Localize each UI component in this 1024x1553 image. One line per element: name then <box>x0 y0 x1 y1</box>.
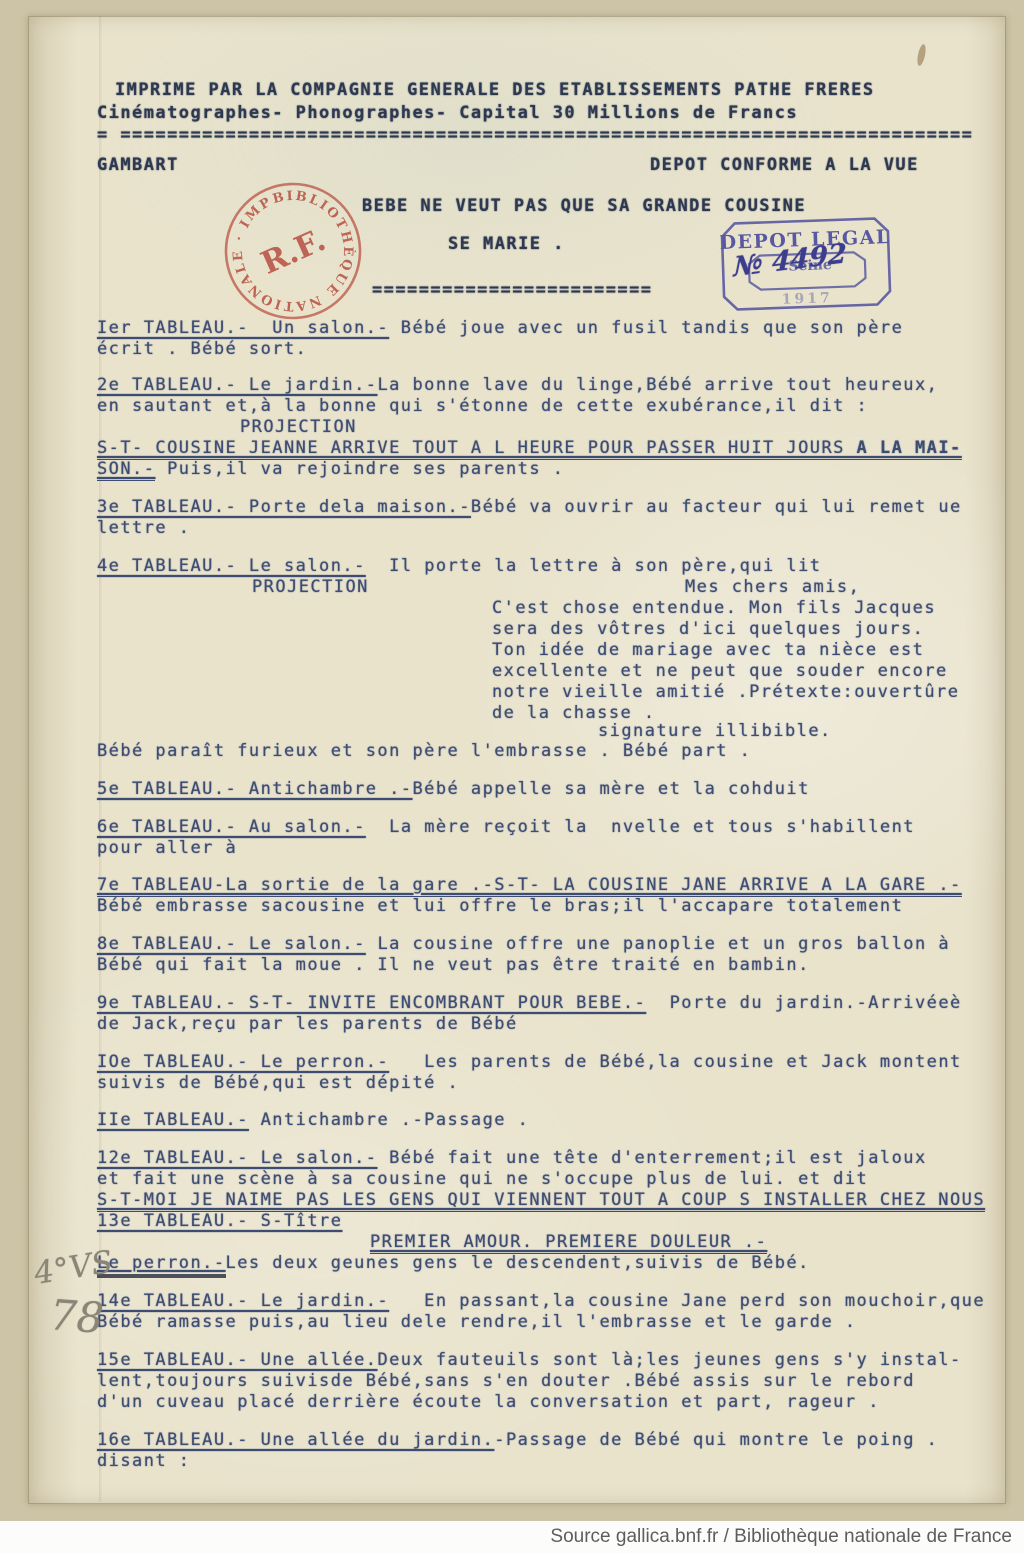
text-segment: Mes chers amis, <box>685 577 860 597</box>
source-credit-text: Source gallica.bnf.fr / Bibliothèque nat… <box>550 1526 1012 1548</box>
document-line: Bébé paraît furieux et son père l'embras… <box>97 741 751 762</box>
document-line: et fait une scène à sa cousine qui ne s'… <box>97 1169 868 1190</box>
text-segment: et fait une scène à sa cousine qui ne s'… <box>97 1169 868 1189</box>
text-segment: 9e TABLEAU.- S-T- INVITE ENCOMBRANT POUR… <box>97 993 646 1013</box>
document-line: de Jack,reçu par les parents de Bébé <box>97 1014 518 1035</box>
tableau-6: 6e TABLEAU.- Au salon.- La mère reçoit l… <box>97 817 915 838</box>
subtitle-1: S-T- COUSINE JEANNE ARRIVE TOUT A L HEUR… <box>97 438 962 459</box>
text-segment: Il porte la lettre à son père,qui lit <box>366 556 822 576</box>
text-segment: 14e TABLEAU.- Le jardin.- <box>97 1291 389 1311</box>
text-segment: Les deux geunes gens le descendent,suivi… <box>226 1253 810 1273</box>
text-segment: S-T-MOI JE NAIME PAS LES GENS QUI VIENNE… <box>97 1190 985 1212</box>
document-line: PROJECTION <box>240 417 357 438</box>
letter-text: Ton idée de mariage avec ta nièce est <box>492 640 924 661</box>
document-line: d'un cuveau placé derrière écoute la con… <box>97 1392 880 1413</box>
stamp-rf-text: R.F. <box>256 222 331 282</box>
text-segment: La bonne lave du linge,Bébé arrive tout … <box>377 375 938 395</box>
text-segment: de la chasse . <box>492 703 656 723</box>
document-line: Bébé qui fait la moue . Il ne veut pas ê… <box>97 955 810 976</box>
tableau-11: IIe TABLEAU.- Antichambre .-Passage . <box>97 1110 529 1131</box>
text-segment: 2e TABLEAU.- Le jardin.- <box>97 375 377 395</box>
letter-text: C'est chose entendue. Mon fils Jacques <box>492 598 936 619</box>
document-line: SON.- Puis,il va rejoindre ses parents . <box>97 459 564 480</box>
text-segment: sera des vôtres d'ici quelques jours. <box>492 619 924 639</box>
text-segment: Ton idée de mariage avec ta nièce est <box>492 640 924 660</box>
text-segment: Deux fauteuils sont là;les jeunes gens s… <box>377 1350 961 1370</box>
text-segment: Le perron.- <box>97 1253 226 1278</box>
text-segment: La mère reçoit la nvelle et tous s'habil… <box>366 817 915 837</box>
text-segment: SE MARIE . <box>448 234 565 254</box>
text-segment: lent,toujours suivisde Bébé,sans s'en do… <box>97 1371 915 1391</box>
text-segment: d'un cuveau placé derrière écoute la con… <box>97 1392 880 1412</box>
gallica-footer-bar: Source gallica.bnf.fr / Bibliothèque nat… <box>0 1521 1024 1553</box>
document-line: Bébé embrasse sacousine et lui offre le … <box>97 896 903 917</box>
text-segment: Bébé va ouvrir au facteur qui lui remet … <box>471 497 962 517</box>
tableau-14: 14e TABLEAU.- Le jardin.- En passant,la … <box>97 1291 985 1312</box>
text-segment: Bébé joue avec un fusil tandis que son p… <box>389 318 903 338</box>
text-segment: PREMIER AMOUR. PREMIERE DOULEUR .- <box>370 1232 767 1254</box>
text-segment: C'est chose entendue. Mon fils Jacques <box>492 598 936 618</box>
tableau-8: 8e TABLEAU.- Le salon.- La cousine offre… <box>97 934 950 955</box>
film-title-line-1: BEBE NE VEUT PAS QUE SA GRANDE COUSINE <box>362 196 806 217</box>
text-segment: Bébé paraît furieux et son père l'embras… <box>97 741 751 761</box>
text-segment: en sautant et,à la bonne qui s'étonne de… <box>97 396 868 416</box>
subtitle-2: S-T-MOI JE NAIME PAS LES GENS QUI VIENNE… <box>97 1190 985 1211</box>
letter-text: excellente et ne peut que souder encore <box>492 661 948 682</box>
text-segment: pour aller à <box>97 838 237 858</box>
text-segment: 12e TABLEAU.- Le salon.- <box>97 1148 377 1168</box>
document-line: Le perron.-Les deux geunes gens le desce… <box>97 1253 810 1274</box>
document-line: suivis de Bébé,qui est dépité . <box>97 1073 459 1094</box>
text-segment: SON.- <box>97 459 155 481</box>
depot-notice: DEPOT CONFORME A LA VUE <box>650 155 919 176</box>
scanned-document-page: { "footer": { "source": "Source gallica.… <box>0 0 1024 1553</box>
text-segment: 4e TABLEAU.- Le salon.- <box>97 556 366 576</box>
text-segment: 16e TABLEAU.- Une allée du jardin. <box>97 1430 494 1450</box>
text-segment: Bébé qui fait la moue . Il ne veut pas ê… <box>97 955 810 975</box>
letter-text: notre vieille amitié .Prétexte:ouvertûre <box>492 682 959 703</box>
text-segment: DEPOT CONFORME A LA VUE <box>650 155 919 175</box>
text-segment: 5e TABLEAU.- Antichambre .- <box>97 779 413 799</box>
letter-text: sera des vôtres d'ici quelques jours. <box>492 619 924 640</box>
text-segment: Porte du jardin.-Arrivéeè <box>646 993 962 1013</box>
separator-rule: = ======================================… <box>97 125 973 146</box>
film-title-line-2: SE MARIE . <box>448 234 565 255</box>
text-segment: Cinématographes- Phonographes- Capital 3… <box>97 103 798 123</box>
tableau-1: Ier TABLEAU.- Un salon.- Bébé joue avec … <box>97 318 903 339</box>
text-segment: IOe TABLEAU.- Le perron.- <box>97 1052 389 1072</box>
text-segment: A LA MAI- <box>857 438 962 460</box>
text-segment: de Jack,reçu par les parents de Bébé <box>97 1014 518 1034</box>
text-segment: IMPRIME PAR LA COMPAGNIE GENERALE DES ET… <box>115 80 875 100</box>
tableau-13: 13e TABLEAU.- S-Tître <box>97 1211 342 1232</box>
document-line: lettre . <box>97 518 190 539</box>
text-segment: = ======================================… <box>97 125 973 145</box>
tableau-5: 5e TABLEAU.- Antichambre .-Bébé appelle … <box>97 779 810 800</box>
text-segment: excellente et ne peut que souder encore <box>492 661 948 681</box>
text-segment: S-T- LA COUSINE JANE ARRIVE A LA GARE .- <box>494 875 961 897</box>
tableau-10: IOe TABLEAU.- Le perron.- Les parents de… <box>97 1052 962 1073</box>
text-segment: BEBE NE VEUT PAS QUE SA GRANDE COUSINE <box>362 196 806 216</box>
text-segment: Bébé appelle sa mère et la cohduit <box>413 779 810 799</box>
text-segment: 7e TABLEAU-La sortie de la gare .- <box>97 875 494 897</box>
document-line: pour aller à <box>97 838 237 859</box>
header-line-2: Cinématographes- Phonographes- Capital 3… <box>97 103 798 124</box>
tableau-12: 12e TABLEAU.- Le salon.- Bébé fait une t… <box>97 1148 927 1169</box>
text-segment: Bébé embrasse sacousine et lui offre le … <box>97 896 903 916</box>
text-segment: Bébé ramasse puis,au lieu dele rendre,il… <box>97 1312 857 1332</box>
tableau-16: 16e TABLEAU.- Une allée du jardin.-Passa… <box>97 1430 938 1451</box>
subtitle-3: PREMIER AMOUR. PREMIERE DOULEUR .- <box>370 1232 767 1253</box>
tableau-3: 3e TABLEAU.- Porte dela maison.-Bébé va … <box>97 497 962 518</box>
depot-legal-year: 1917 <box>781 290 832 308</box>
text-segment: lettre . <box>97 518 190 538</box>
text-segment: disant : <box>97 1451 190 1471</box>
text-segment: signature illibible. <box>598 721 832 741</box>
text-segment: GAMBART <box>97 155 179 175</box>
text-segment: En passant,la cousine Jane perd son mouc… <box>389 1291 985 1311</box>
text-segment: 6e TABLEAU.- Au salon.- <box>97 817 366 837</box>
pencil-annotation-2: 78 <box>48 1290 105 1343</box>
tableau-9: 9e TABLEAU.- S-T- INVITE ENCOMBRANT POUR… <box>97 993 962 1014</box>
document-line: Bébé ramasse puis,au lieu dele rendre,il… <box>97 1312 857 1333</box>
text-segment: PROJECTION <box>252 577 369 597</box>
text-segment: Antichambre .-Passage . <box>249 1110 529 1130</box>
document-line: disant : <box>97 1451 190 1472</box>
document-line: PROJECTION <box>252 577 369 598</box>
text-segment: 3e TABLEAU.- Porte dela maison.- <box>97 497 471 517</box>
text-segment: Puis,il va rejoindre ses parents . <box>155 459 564 479</box>
letter-signature: signature illibible. <box>598 721 832 742</box>
text-segment: PROJECTION <box>240 417 357 437</box>
text-segment: 8e TABLEAU.- Le salon.- <box>97 934 366 954</box>
tableau-2: 2e TABLEAU.- Le jardin.-La bonne lave du… <box>97 375 938 396</box>
text-segment: 13e TABLEAU.- S-Tître <box>97 1211 342 1231</box>
text-segment: -Passage de Bébé qui montre le poing . <box>494 1430 938 1450</box>
text-segment: Les parents de Bébé,la cousine et Jack m… <box>389 1052 962 1072</box>
text-segment: IIe TABLEAU.- <box>97 1110 249 1130</box>
tableau-7: 7e TABLEAU-La sortie de la gare .-S-T- L… <box>97 875 962 896</box>
document-line: en sautant et,à la bonne qui s'étonne de… <box>97 396 868 417</box>
text-segment: 15e TABLEAU.- Une allée. <box>97 1350 377 1370</box>
tableau-15: 15e TABLEAU.- Une allée.Deux fauteuils s… <box>97 1350 962 1371</box>
company-name: GAMBART <box>97 155 179 176</box>
text-segment: S-T- COUSINE JEANNE ARRIVE TOUT A L HEUR… <box>97 438 857 460</box>
text-segment: Bébé fait une tête d'enterrement;il est … <box>377 1148 926 1168</box>
letter-text: Mes chers amis, <box>685 577 860 598</box>
header-line-1: IMPRIME PAR LA COMPAGNIE GENERALE DES ET… <box>115 80 875 101</box>
text-segment: notre vieille amitié .Prétexte:ouvertûre <box>492 682 959 702</box>
text-segment: suivis de Bébé,qui est dépité . <box>97 1073 459 1093</box>
text-segment: La cousine offre une panoplie et un gros… <box>366 934 950 954</box>
tableau-4: 4e TABLEAU.- Le salon.- Il porte la lett… <box>97 556 821 577</box>
document-line: lent,toujours suivisde Bébé,sans s'en do… <box>97 1371 915 1392</box>
